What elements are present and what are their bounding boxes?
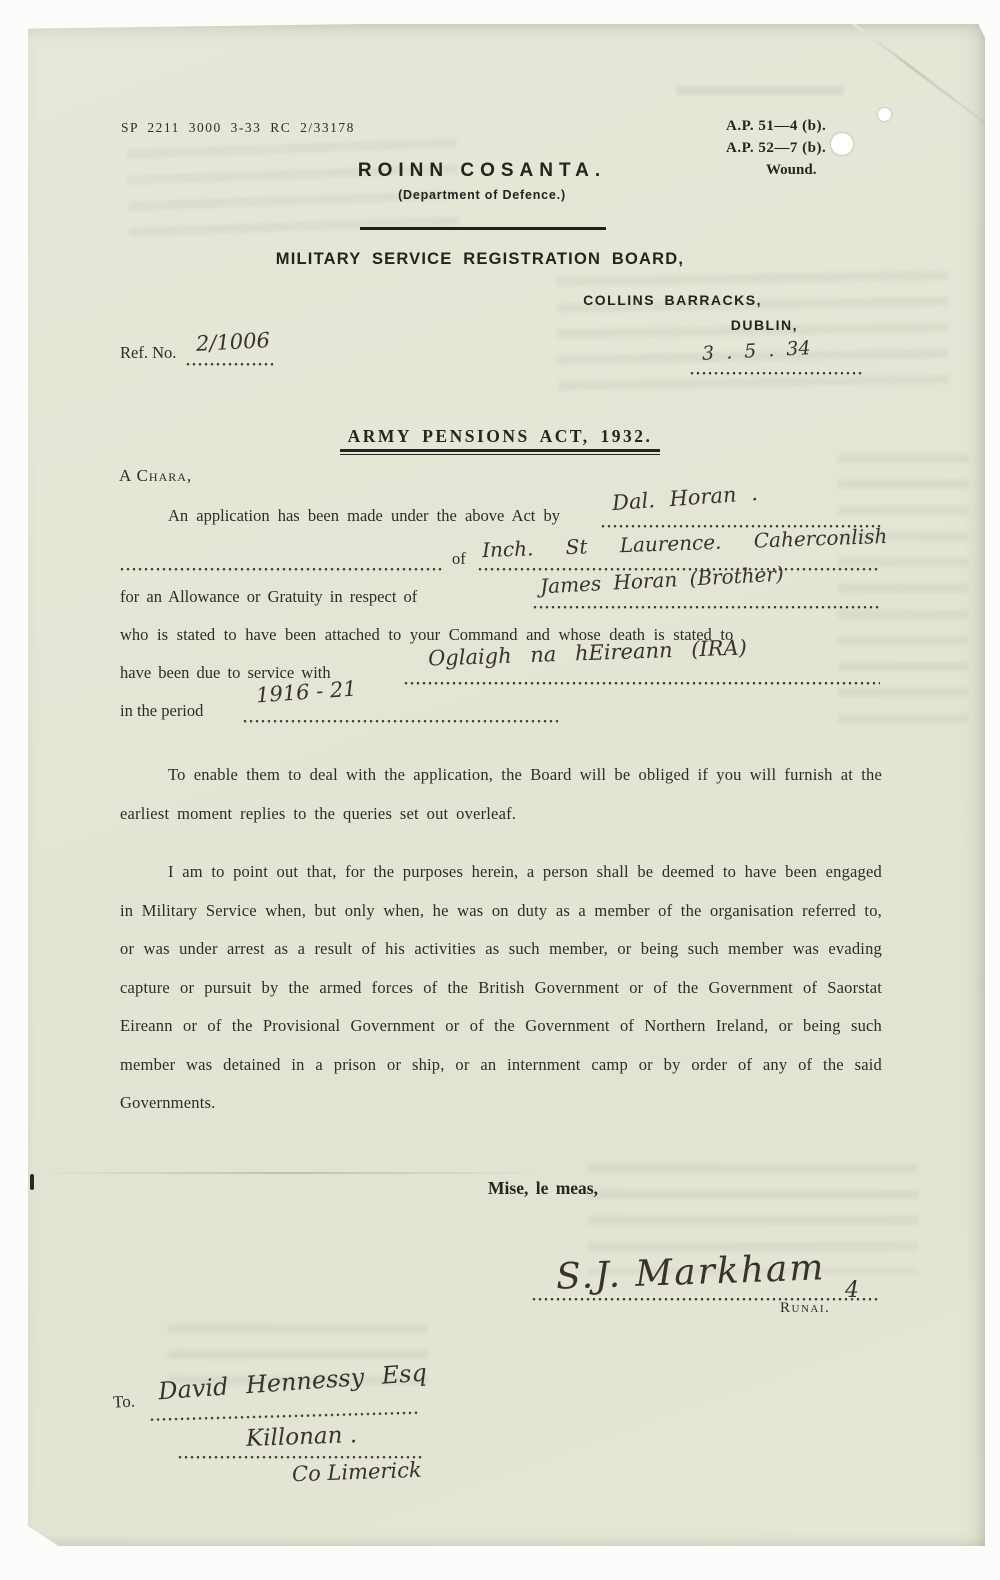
punch-hole bbox=[831, 133, 853, 155]
ap-ref-line1: A.P. 51—4 (b). bbox=[726, 118, 826, 135]
addressee-line1-handwritten: Killonan . bbox=[246, 1422, 358, 1452]
ap-ref-wound: Wound. bbox=[766, 162, 816, 179]
ref-no-label: Ref. No. bbox=[120, 343, 176, 363]
board-title: MILITARY SERVICE REGISTRATION BOARD, bbox=[250, 250, 710, 269]
salutation: A Chara, bbox=[119, 466, 192, 486]
respect-of-dotted-line bbox=[533, 605, 880, 609]
signature-suffix-handwritten: 4 bbox=[845, 1278, 859, 1303]
bleedthrough-smudge bbox=[676, 86, 844, 108]
bleedthrough-smudge bbox=[838, 454, 968, 734]
department-title-irish: ROINN COSANTA. bbox=[282, 160, 682, 182]
closing-salutation: Mise, le meas, bbox=[488, 1178, 598, 1199]
board-address-line1: COLLINS BARRACKS, bbox=[580, 292, 762, 308]
date-dotted-line bbox=[690, 371, 862, 375]
period-dotted-line bbox=[243, 719, 561, 723]
application-by-label: An application has been made under the a… bbox=[168, 506, 560, 526]
of-leading-dotted-line bbox=[120, 567, 442, 571]
to-label: To. bbox=[112, 1391, 135, 1412]
paper-fold-line bbox=[28, 1172, 548, 1174]
board-address-line2: DUBLIN, bbox=[640, 317, 798, 333]
signature-title: Runai. bbox=[780, 1300, 830, 1317]
act-title-underline: ARMY PENSIONS ACT, 1932. bbox=[340, 426, 661, 455]
ref-no-value-handwritten: 2/1006 bbox=[195, 328, 270, 356]
addressee-line2-handwritten: Co Limerick bbox=[292, 1458, 422, 1487]
of-label: of bbox=[452, 549, 466, 569]
ap-ref-line2: A.P. 52—7 (b). bbox=[726, 140, 826, 157]
punch-hole bbox=[878, 108, 891, 121]
header-divider-rule bbox=[360, 227, 606, 230]
form-code: SP 2211 3000 3-33 RC 2/33178 bbox=[121, 120, 355, 136]
respect-of-label: for an Allowance or Gratuity in respect … bbox=[120, 587, 417, 607]
edge-mark bbox=[30, 1174, 34, 1190]
act-title: ARMY PENSIONS ACT, 1932. bbox=[340, 426, 661, 452]
paragraph-point-out: I am to point out that, for the purposes… bbox=[120, 853, 882, 1123]
bleedthrough-smudge bbox=[557, 271, 949, 398]
paragraph-enable: To enable them to deal with the applicat… bbox=[120, 756, 882, 833]
period-label: in the period bbox=[120, 701, 203, 721]
service-with-dotted-line bbox=[404, 681, 880, 685]
ref-no-dotted-line bbox=[186, 362, 274, 366]
department-title-english: (Department of Defence.) bbox=[282, 188, 682, 202]
